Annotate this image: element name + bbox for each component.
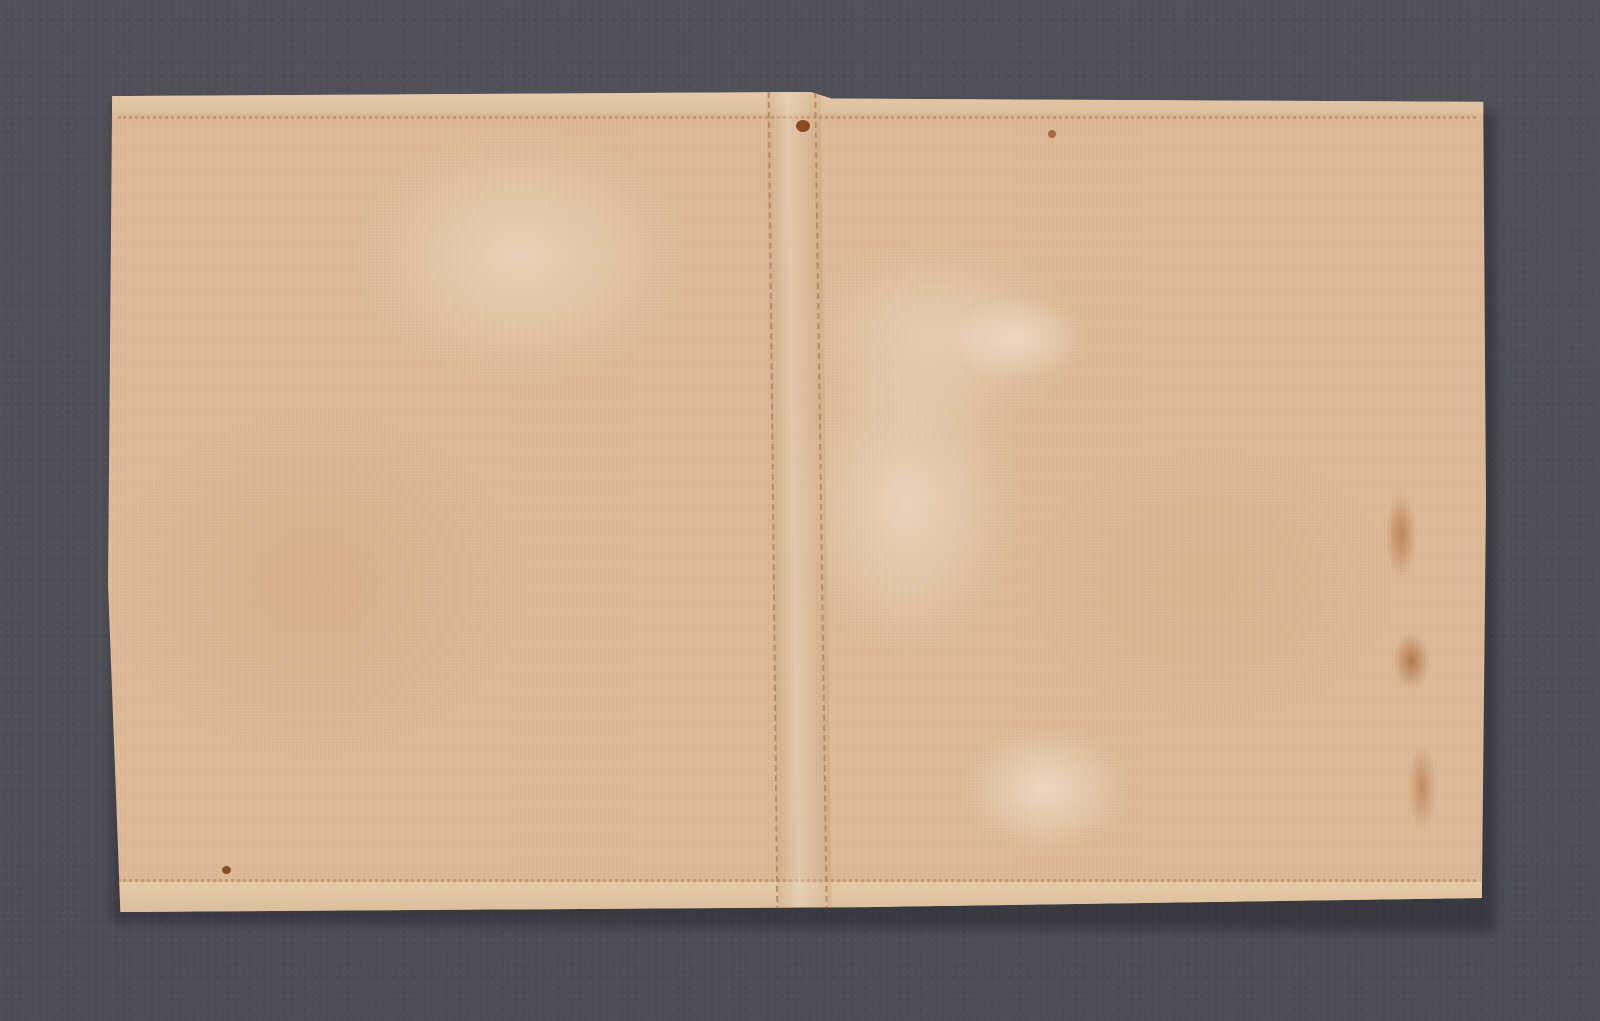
rust-spot-top-seam	[796, 120, 810, 132]
rust-spot-top-right	[1048, 130, 1056, 138]
fabric-armband	[108, 92, 1486, 912]
dark-spot-bottom-left	[222, 866, 231, 874]
photo-scene	[0, 0, 1600, 1021]
rust-stain-trail-right	[1380, 472, 1450, 892]
